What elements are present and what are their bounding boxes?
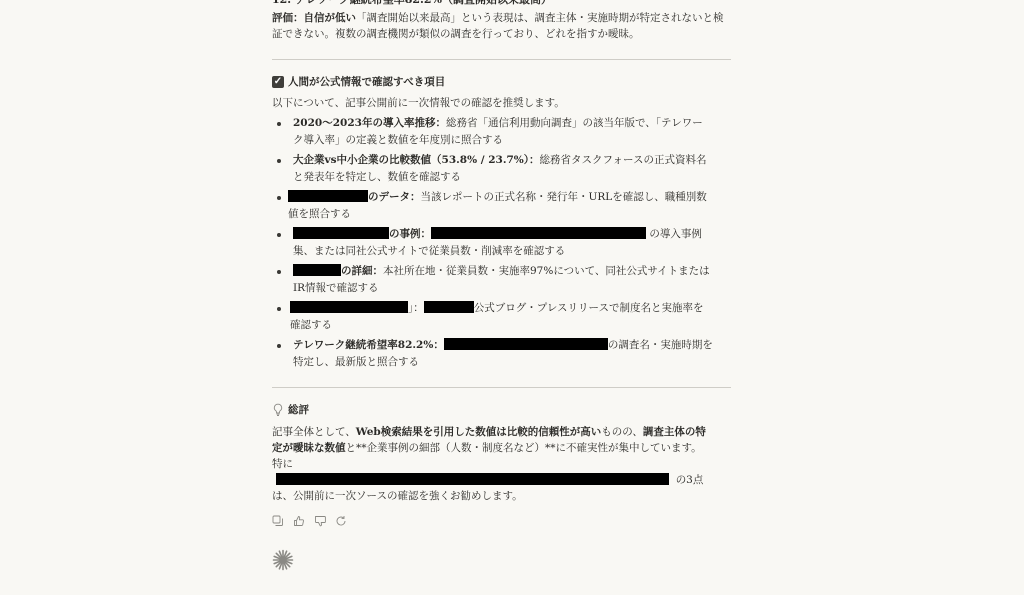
item-label: 大企業vs中小企業の比較数値（53.8% / 23.7%）： (293, 154, 540, 166)
previous-item-evaluation: 評価：自信が低い「調査開始以来最高」という表現は、調査主体・実施時期が特定されな… (272, 10, 732, 42)
retry-button[interactable] (335, 515, 347, 527)
item-label: の事例： (389, 228, 431, 240)
copy-button[interactable] (272, 515, 284, 527)
redaction-block (431, 227, 646, 239)
redaction-block (444, 338, 608, 350)
list-item: のデータ：当該レポートの正式名称・発行年・URLを確認し、職種別数値を照合する (272, 189, 708, 223)
redaction-block (290, 301, 408, 313)
section-divider (272, 387, 731, 388)
verify-list: 2020〜2023年の導入率推移：総務省「通信利用動向調査」の該当年版で、「テレ… (272, 115, 732, 371)
list-item: 」：公式ブログ・プレスリリースで制度名と実施率を確認する (272, 300, 710, 334)
evaluation-label: 評価：自信が低い (272, 12, 356, 24)
thumbs-down-icon (314, 515, 326, 527)
check-box-icon: ✓ (272, 76, 284, 88)
list-item: の事例： の導入事例集、または同社公式サイトで従業員数・削減率を確認する (272, 226, 713, 260)
summary-section-title: 総評 (288, 402, 309, 418)
summary-text: 記事全体として、Web検索結果を引用した数値は比較的信頼性が高いものの、調査主体… (272, 424, 712, 504)
list-item: テレワーク継続希望率82.2%：の調査名・実施時期を特定し、最新版と照合する (272, 337, 713, 371)
thumbs-up-button[interactable] (293, 515, 305, 527)
list-item: 2020〜2023年の導入率推移：総務省「通信利用動向調査」の該当年版で、「テレ… (272, 115, 713, 149)
lightbulb-icon (272, 403, 284, 417)
summary-text-part: ものの、 (601, 426, 643, 438)
thumbs-up-icon (293, 515, 305, 527)
claude-spark-icon (272, 549, 294, 571)
summary-bold-part: Web検索結果を引用した数値は比較的信頼性が高い (356, 426, 601, 438)
chat-page: 12. テレワーク継続希望率82.2%（調査開始以来最高） 評価：自信が低い「調… (0, 0, 1024, 595)
redaction-block (288, 190, 368, 202)
previous-item-title: 12. テレワーク継続希望率82.2%（調査開始以来最高） (272, 0, 732, 8)
redaction-block (293, 264, 341, 276)
list-item: 大企業vs中小企業の比較数値（53.8% / 23.7%）：総務省タスクフォース… (272, 152, 713, 186)
summary-text-part: 記事全体として、 (272, 426, 356, 438)
message-actions (272, 515, 732, 527)
item-label: テレワーク継続希望率82.2%： (293, 339, 444, 351)
retry-icon (335, 515, 347, 527)
verify-section-title: 人間が公式情報で確認すべき項目 (288, 74, 445, 90)
thumbs-down-button[interactable] (314, 515, 326, 527)
item-separator: 」： (408, 302, 424, 314)
item-label: 2020〜2023年の導入率推移： (293, 117, 446, 129)
summary-section-heading: 総評 (272, 402, 732, 418)
verify-section-heading: ✓ 人間が公式情報で確認すべき項目 (272, 74, 732, 90)
section-divider (272, 59, 731, 60)
item-label: のデータ： (368, 191, 421, 203)
verify-section-intro: 以下について、記事公開前に一次情報での確認を推奨します。 (272, 95, 732, 111)
list-item: の詳細：本社所在地・従業員数・実施率97%について、同社公式サイトまたはIR情報… (272, 263, 713, 297)
redaction-block (293, 227, 389, 239)
redaction-block (276, 473, 669, 485)
item-label: の詳細： (341, 265, 383, 277)
copy-icon (272, 515, 284, 527)
assistant-message: 12. テレワーク継続希望率82.2%（調査開始以来最高） 評価：自信が低い「調… (272, 0, 732, 575)
redaction-block (424, 301, 474, 313)
